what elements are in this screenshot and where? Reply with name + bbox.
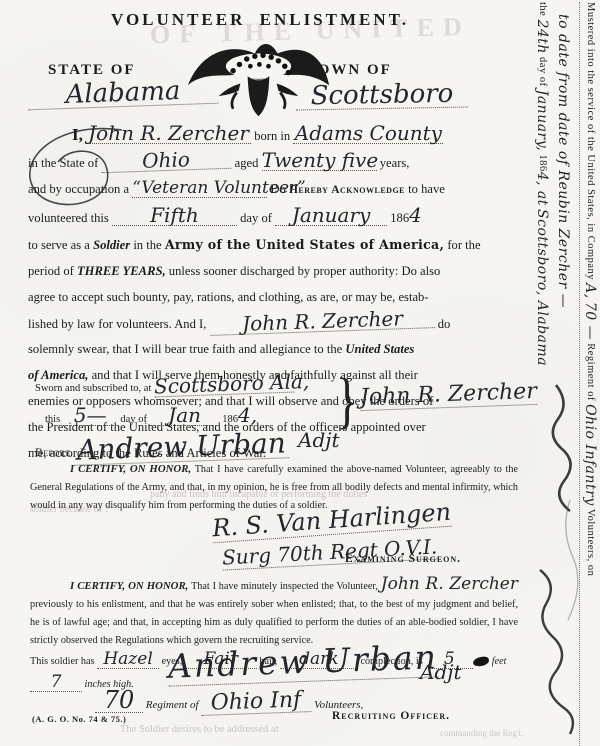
occupation-value: “Veteran Volunteer” <box>132 180 267 198</box>
muster-printed-2: Regiment of <box>585 343 596 401</box>
town-of-label: TOWN OF <box>306 62 392 79</box>
oath-line-4: volunteered this Fifth day of January 18… <box>28 203 522 232</box>
born-in-label: born in <box>254 129 290 143</box>
discharge-text: unless sooner discharged by proper autho… <box>169 264 441 278</box>
swear-text: solemnly swear, that I will bear true fa… <box>28 342 342 356</box>
and-i-label: lished by law for volunteers. And I, <box>28 317 206 331</box>
muster-company-value: A, <box>582 283 598 299</box>
sworn-year-hw: 4, <box>238 403 257 427</box>
sworn-dayof: day of <box>120 414 147 425</box>
sworn-month: Jan <box>150 405 220 426</box>
cert2-volunteer-name: John R. Zercher <box>381 574 518 594</box>
oath-line-6: period of THREE YEARS, unless sooner dis… <box>28 259 522 285</box>
oath-line-2: in the State of Ohio aged Twenty five ye… <box>28 150 522 177</box>
height-inches-value: 7 <box>30 674 82 692</box>
sworn-place: Scottsboro Ala, <box>154 372 295 398</box>
town-value: Scottsboro <box>296 81 468 111</box>
do-word: do <box>438 317 451 331</box>
soldier-has-label: This soldier has <box>30 656 95 667</box>
age-value: Twenty five <box>262 150 377 171</box>
oath-line-9: solemnly swear, that I will bear true fa… <box>28 337 522 363</box>
adjt-note-2: Adjt <box>420 660 461 684</box>
day-of-label: day of <box>240 211 272 225</box>
ink-scrawl <box>526 380 586 745</box>
regiment-of-label: Regiment of <box>146 699 199 711</box>
adjt-note-1: Adjt <box>298 428 339 452</box>
period-of-label: period of <box>28 264 74 278</box>
oath-line-3: and by occupation a “Veteran Volunteer” … <box>28 177 522 204</box>
birthplace-value: Adams County <box>293 123 443 144</box>
oath-line-7: agree to accept such bounty, pay, ration… <box>28 285 522 311</box>
sworn-year: 186 <box>222 414 238 425</box>
muster2-year: 186 <box>537 154 548 171</box>
state-value-2: Ohio <box>101 148 232 174</box>
state-of-label: STATE OF <box>48 62 136 79</box>
in-the-label: in the <box>133 238 161 252</box>
enlist-month-value: January <box>275 205 387 226</box>
muster-regno-value: 70 — <box>582 302 598 340</box>
brace-glyph: } <box>336 366 358 437</box>
serve-as-label: to serve as a <box>28 238 90 252</box>
acknowledge-label: Hereby Acknowledge <box>289 184 405 196</box>
do-label: Do <box>270 182 285 196</box>
regiment-name-value: Ohio Inf <box>201 689 312 716</box>
muster-day-value: 24th <box>534 19 550 53</box>
regiment-row: 70 Regiment of Ohio Inf Volunteers, <box>95 688 363 714</box>
ink-blot <box>473 656 490 667</box>
sworn-block: Sworn and subscribed to, at Scottsboro A… <box>35 374 345 468</box>
occupation-label: and by occupation a <box>28 182 129 196</box>
oath-line-1: I, John R. Zercher born in Adams County <box>28 122 522 150</box>
oath-signature: John R. Zercher <box>209 307 435 336</box>
cert1-intro: I CERTIFY, ON HONOR, <box>30 463 191 475</box>
for-the-label: for the <box>447 238 480 252</box>
years-label: years, <box>380 156 410 170</box>
to-have-label: to have <box>408 182 445 196</box>
aged-label: aged <box>235 156 259 170</box>
feet-label: feet <box>492 656 507 667</box>
oath-line-8: lished by law for volunteers. And I, Joh… <box>28 311 522 338</box>
oath-line-5: to serve as a Soldier in the Army of the… <box>28 232 522 259</box>
volunteer-name: John R. Zercher <box>86 123 251 144</box>
muster-year-hw: 4, at <box>534 172 550 206</box>
cert2-body2: previously to his enlistment, and that h… <box>30 599 518 646</box>
ghost-address-line: The Soldier desires to be addressed at <box>120 724 279 735</box>
year-hw: 4 <box>409 203 422 227</box>
sworn-day: 5— <box>63 405 118 426</box>
sworn-this: this <box>45 414 60 425</box>
muster-printed-3: Volunteers, on <box>585 509 596 576</box>
examining-surgeon-label: Examining Surgeon. <box>345 553 461 565</box>
before-label: Before <box>35 447 71 459</box>
ago-number: (A. G. O. No. 74 & 75.) <box>32 714 126 724</box>
ghost-reg-note: commanding the Reg't. <box>440 728 523 738</box>
oath-i: I, <box>72 125 83 144</box>
three-years-text: THREE YEARS, <box>77 264 166 278</box>
cert2-intro: I CERTIFY, ON HONOR, <box>30 580 188 592</box>
recruiting-officer-label: Recruiting Officer. <box>332 710 450 722</box>
muster-month-value: January, <box>534 90 550 152</box>
muster-place-value: Scottsboro, Alabama <box>534 209 550 366</box>
cert2-body1: That I have minutely inspected the Volun… <box>191 581 378 592</box>
muster-printed-1: Mustered into the service of the United … <box>585 2 596 280</box>
year-printed: 186 <box>390 211 409 225</box>
eye-color-value: Hazel <box>97 651 159 669</box>
enlistment-form-page: OF THE UNITED pany and finds him incapab… <box>0 0 600 746</box>
form-title: VOLUNTEER ENLISTMENT. <box>0 10 520 30</box>
volunteered-this-label: volunteered this <box>28 211 109 225</box>
sworn-lead: Sworn and subscribed to, at <box>35 383 151 394</box>
army-gothic-text: Army of the United States of America, <box>165 237 444 252</box>
enlist-day-value: Fifth <box>112 205 237 226</box>
soldier-word: Soldier <box>93 238 130 252</box>
muster2-the: the <box>537 2 548 16</box>
muster2-dayof: day of <box>537 57 548 87</box>
state-of-text: in the State of <box>28 156 98 170</box>
united-states-bold: United States <box>345 342 414 356</box>
regiment-number-value: 70 <box>95 688 143 713</box>
